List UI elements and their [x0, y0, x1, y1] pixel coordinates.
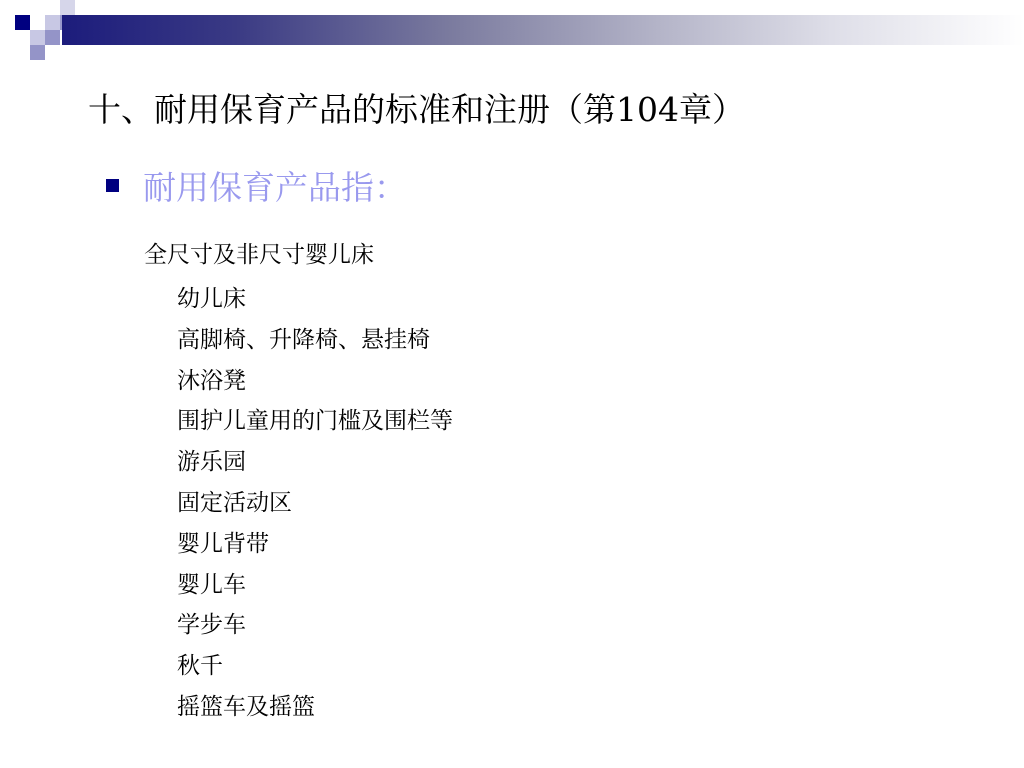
bullet-square-icon: [106, 179, 119, 192]
list-item: 秋千: [177, 651, 453, 692]
deco-square-light: [30, 30, 45, 45]
list-item: 高脚椅、升降椅、悬挂椅: [177, 325, 453, 366]
list-item: 学步车: [177, 610, 453, 651]
product-list: 幼儿床 高脚椅、升降椅、悬挂椅 沐浴凳 围护儿童用的门槛及围栏等 游乐园 固定活…: [177, 284, 453, 733]
list-item: 婴儿背带: [177, 529, 453, 570]
deco-square-light: [60, 0, 75, 15]
list-item: 围护儿童用的门槛及围栏等: [177, 406, 453, 447]
list-item: 游乐园: [177, 447, 453, 488]
list-item: 固定活动区: [177, 488, 453, 529]
deco-square-navy: [15, 15, 30, 30]
list-item: 沐浴凳: [177, 366, 453, 407]
subheading: 全尺寸及非尺寸婴儿床: [144, 236, 374, 269]
header-gradient-bar: [62, 15, 1024, 45]
bullet-row: 耐用保育产品指：: [106, 162, 407, 209]
deco-square-light: [45, 15, 60, 30]
deco-square-mid: [30, 45, 45, 60]
list-item: 幼儿床: [177, 284, 453, 325]
list-item: 婴儿车: [177, 570, 453, 611]
deco-square-mid: [45, 30, 60, 45]
bullet-text: 耐用保育产品指：: [143, 162, 407, 209]
slide-title: 十、耐用保育产品的标准和注册（第104章）: [88, 84, 745, 131]
list-item: 摇篮车及摇篮: [177, 692, 453, 733]
